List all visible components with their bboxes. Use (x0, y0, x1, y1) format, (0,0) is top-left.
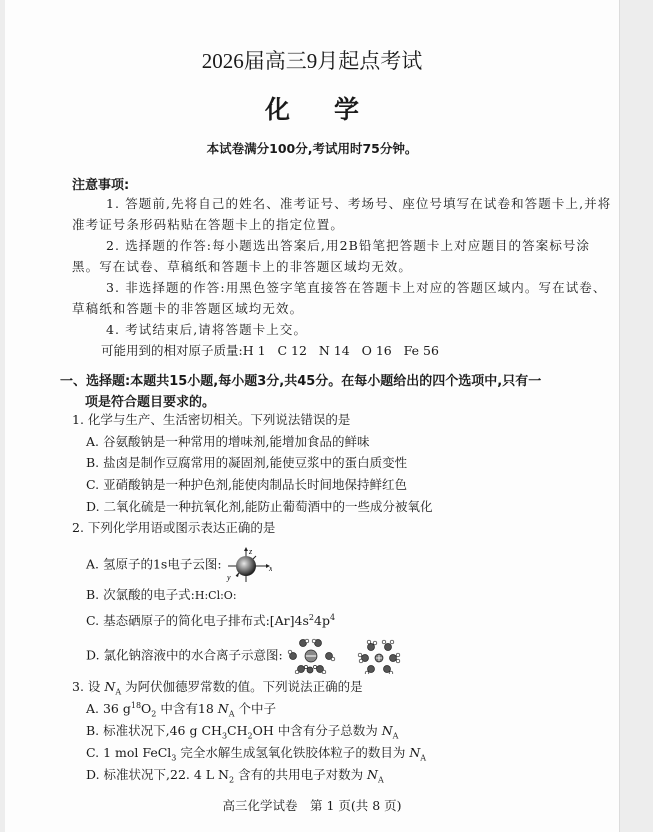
question-1-option-d: D. 二氧化硫是一种抗氧化剂,能防止葡萄酒中的一些成分被氧化 (86, 497, 433, 515)
mass-c: C 12 (277, 343, 306, 358)
q3c-na-sub: A (420, 754, 426, 763)
q3b-mid: CH (227, 723, 247, 738)
exam-page: 2026届高三9月起点考试 化学 本试卷满分100分,考试用时75分钟。 注意事… (5, 0, 620, 832)
question-3-option-b: B. 标准状况下,46 g CH3CH2OH 中含有分子总数为 NA (86, 721, 398, 739)
question-2-option-c: C. 基态硒原子的简化电子排布式:[Ar]4s24p4 (86, 611, 335, 629)
note-1-line1: 1. 答题前,先将自己的姓名、准考证号、考场号、座位号填写在试卷和答题卡上,并将 (106, 194, 611, 212)
config-sup-2: 4 (330, 613, 335, 622)
config-mid: 4p (314, 613, 330, 628)
svg-text:x: x (268, 564, 272, 573)
question-2-option-b: B. 次氯酸的电子式:H:Cl:O: (86, 585, 237, 603)
q3a-sup: 18 (131, 701, 141, 710)
q3-stem-post: 为阿伏伽德罗常数的值。下列说法正确的是 (125, 679, 363, 694)
q3-stem-pre: 3. 设 (72, 679, 100, 694)
mass-fe: Fe 56 (404, 343, 439, 358)
q3a-na: N (218, 701, 229, 716)
question-3-option-a: A. 36 g18O2 中含有18 NA 个中子 (86, 699, 276, 717)
note-2-line1: 2. 选择题的作答:每小题选出答案后,用2B铅笔把答题卡上对应题目的答案标号涂 (106, 236, 590, 254)
svg-text:z: z (248, 547, 253, 556)
question-2-option-b-text: B. 次氯酸的电子式: (86, 587, 195, 602)
question-2-option-d-text: D. 氯化钠溶液中的水合离子示意图: (86, 648, 283, 663)
atomic-masses: 可能用到的相对原子质量:H 1 C 12 N 14 O 16 Fe 56 (101, 341, 439, 359)
subject-title: 化学 (5, 90, 619, 126)
question-2-option-a: A. 氢原子的1s电子云图: z x y (86, 547, 272, 583)
note-2-line2: 黑。写在试卷、草稿纸和答题卡上的非答题区域均无效。 (72, 257, 412, 275)
hydrated-ions-diagram-icon (287, 638, 417, 674)
q3d-post: 含有的共用电子对数为 (234, 767, 367, 782)
hypochlorous-acid-formula: H:Cl:O: (195, 589, 237, 602)
q3c-post: 完全水解生成氢氧化铁胶体粒子的数目为 (176, 745, 409, 760)
mass-n: N 14 (319, 343, 350, 358)
question-1-stem: 1. 化学与生产、生活密切相关。下列说法错误的是 (72, 410, 350, 428)
mass-o: O 16 (362, 343, 392, 358)
q3d-na-sub: A (378, 776, 384, 785)
section-1-heading-line2: 项是符合题目要求的。 (85, 391, 215, 410)
question-3-option-c: C. 1 mol FeCl3 完全水解生成氢氧化铁胶体粒子的数目为 NA (86, 743, 426, 761)
q3a-pre: A. 36 g (86, 701, 131, 716)
question-2-option-a-text: A. 氢原子的1s电子云图: (86, 557, 222, 572)
exam-info: 本试卷满分100分,考试用时75分钟。 (5, 139, 619, 157)
question-1-option-b: B. 盐卤是制作豆腐常用的凝固剂,能使豆浆中的蛋白质变性 (86, 453, 407, 471)
q3a-end: 个中子 (234, 701, 275, 716)
q3c-pre: C. 1 mol FeCl (86, 745, 171, 760)
q3d-pre: D. 标准状况下,22. 4 L N (86, 767, 229, 782)
question-1-option-a: A. 谷氨酸钠是一种常用的增味剂,能增加食品的鲜味 (86, 432, 369, 450)
exam-title: 2026届高三9月起点考试 (5, 45, 619, 75)
question-2-stem: 2. 下列化学用语或图示表达正确的是 (72, 518, 275, 536)
q3b-pre: B. 标准状况下,46 g CH (86, 723, 222, 738)
note-4-line1: 4. 考试结束后,请将答题卡上交。 (106, 320, 307, 338)
q3a-mid: O (141, 701, 151, 716)
note-3-line2: 草稿纸和答题卡的非答题区域均无效。 (72, 299, 303, 317)
question-1-option-c: C. 亚硝酸钠是一种护色剂,能使肉制品长时间地保持鲜红色 (86, 475, 407, 493)
q3c-na: N (409, 745, 420, 760)
q3b-na: N (382, 723, 393, 738)
q3-na: N (104, 679, 115, 694)
question-3-option-d: D. 标准状况下,22. 4 L N2 含有的共用电子对数为 NA (86, 765, 384, 783)
question-2-option-d: D. 氯化钠溶液中的水合离子示意图: (86, 638, 417, 674)
page-footer: 高三化学试卷 第 1 页(共 8 页) (5, 796, 619, 814)
question-3-stem: 3. 设 NA 为阿伏伽德罗常数的值。下列说法正确的是 (72, 677, 363, 695)
question-2-option-c-text: C. 基态硒原子的简化电子排布式: (86, 613, 270, 628)
q3b-post: OH 中含有分子总数为 (253, 723, 382, 738)
q3a-post: 中含有18 (156, 701, 217, 716)
config-core: [Ar]4s (270, 613, 309, 628)
q3d-na: N (367, 767, 378, 782)
mass-h: H 1 (243, 343, 266, 358)
electron-cloud-icon: z x y (226, 547, 272, 583)
q3b-na-sub: A (393, 732, 399, 741)
note-1-line2: 准考证号条形码粘贴在答题卡上的指定位置。 (72, 215, 344, 233)
svg-text:y: y (226, 573, 231, 582)
note-3-line1: 3. 非选择题的作答:用黑色签字笔直接答在答题卡上对应的答题区域内。写在试卷、 (106, 278, 607, 296)
subject-char-2: 学 (334, 90, 359, 126)
subject-char-1: 化 (265, 90, 290, 126)
q3-na-sub: A (115, 688, 121, 697)
atomic-masses-label: 可能用到的相对原子质量: (101, 343, 243, 358)
section-1-heading-line1: 一、选择题:本题共15小题,每小题3分,共45分。在每小题给出的四个选项中,只有… (60, 370, 541, 389)
notes-heading: 注意事项: (72, 174, 129, 193)
